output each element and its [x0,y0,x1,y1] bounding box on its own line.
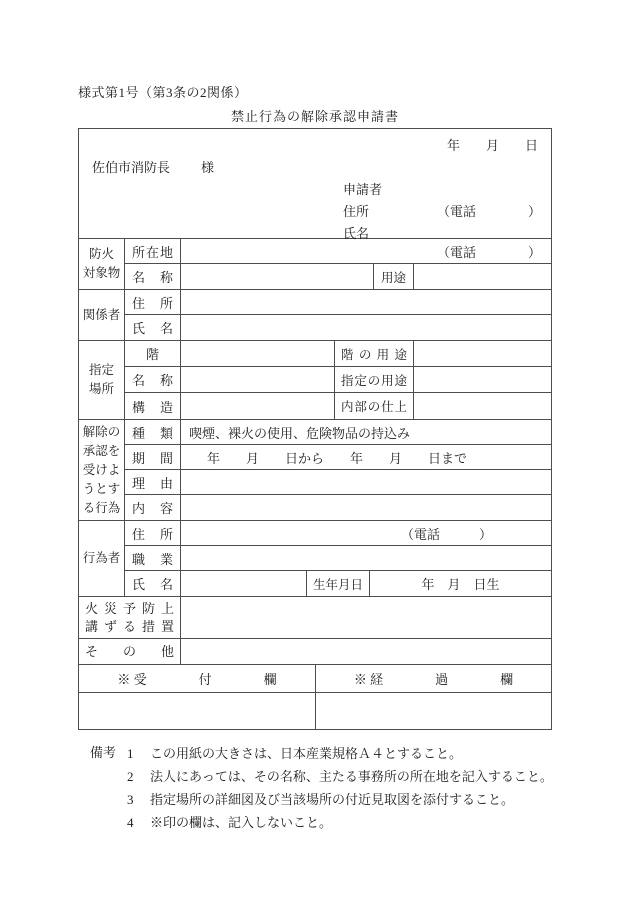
birth-date-value: 年 月 日生 [370,571,551,596]
act-type-value: 喫煙、裸火の使用、危険物品の持込み [181,420,551,444]
designated-place-group-label: 指定 場所 [79,341,125,419]
fire-prevention-label: 火災予防上 講ずる措置 [79,597,181,638]
remark-item: 3 指定場所の詳細図及び当該場所の付近見取図を添付すること。 [127,788,553,811]
reason-label: 理由 [125,470,181,494]
row-related-person-address: 住所 [125,290,551,315]
section-release-act: 解除の 承認を 受けよ うとす る行為 種類 喫煙、裸火の使用、危険物品の持込み… [79,420,551,521]
designated-use-value [414,367,551,392]
group-label-line: る行為 [83,499,121,518]
application-form-table: 年 月 日 佐伯市消防長様 申請者 住所 （電話 ） 氏名 防火 対象物 所在地… [78,128,552,730]
row-structure: 構造 内部の仕上 [125,393,551,419]
other-value [181,639,551,664]
remark-item: 2 法人にあっては、その名称、主たる事務所の所在地を記入すること。 [127,765,553,788]
reception-stamp-box [79,693,316,729]
group-label-line: 行為者 [83,549,121,568]
interior-finish-label: 内部の仕上 [335,393,414,419]
type-label: 種類 [125,420,181,444]
row-actor-name: 氏名 生年月日 年 月 日生 [125,571,551,596]
addressee: 佐伯市消防長 [92,160,170,175]
addressee-line: 佐伯市消防長様 [92,157,214,176]
act-reason-value [181,470,551,494]
progress-stamp-box [316,693,551,729]
name-label: 名称 [125,367,181,392]
group-label-line: 関係者 [83,306,121,325]
actor-occupation-value [181,546,551,570]
row-actor-occupation: 職業 [125,546,551,571]
date-line: 年 月 日 [447,135,538,154]
actor-group-label: 行為者 [79,521,125,596]
remark-item: 4 ※印の欄は、記入しないこと。 [127,811,553,834]
fire-object-group-label: 防火 対象物 [79,239,125,289]
row-place-name: 名称 指定の用途 [125,367,551,393]
section-related-person: 関係者 住所 氏名 [79,290,551,341]
floor-use-label: 階の用途 [335,341,414,366]
remark-text: ※印の欄は、記入しないこと。 [150,811,332,834]
row-actor-address: 住所 （電話 ） [125,521,551,546]
fire-prevention-value [181,597,551,638]
group-label-line: 防火 [89,245,114,264]
birth-date-label: 生年月日 [307,571,370,596]
remarks-label: 備考 [90,742,127,834]
related-person-rows: 住所 氏名 [125,290,551,340]
row-act-content: 内容 [125,495,551,520]
fire-object-name-value [181,264,374,289]
form-title: 禁止行為の解除承認申請書 [78,106,552,125]
name-label: 氏名 [125,571,181,596]
row-act-type: 種類 喫煙、裸火の使用、危険物品の持込み [125,420,551,445]
use-label: 用途 [374,264,414,289]
content-label: 内容 [125,495,181,520]
name-label: 名称 [125,264,181,289]
row-fire-object-location: 所在地 （電話 ） [125,239,551,264]
floor-value [181,341,335,366]
remark-number: 1 [127,742,150,765]
other-label: その他 [79,639,181,664]
section-actor: 行為者 住所 （電話 ） 職業 氏名 生年月日 年 月 日生 [79,521,551,597]
section-other: その他 [79,639,551,665]
document-page: 様式第1号（第3条の2関係） 禁止行為の解除承認申請書 年 月 日 佐伯市消防長… [0,0,630,903]
remark-text: 指定場所の詳細図及び当該場所の付近見取図を添付すること。 [150,788,514,811]
row-floor: 階 階の用途 [125,341,551,367]
floor-label: 階 [125,341,181,366]
group-label-line: 場所 [89,380,114,399]
group-label-line: 承認を [83,442,121,461]
floor-use-value [414,341,551,366]
group-label-line: 解除の [83,423,121,442]
place-name-value [181,367,335,392]
group-label-line: 受けよ [83,461,121,480]
designated-place-rows: 階 階の用途 名称 指定の用途 構造 内部の仕上 [125,341,551,419]
phone-label: （電話 ） [401,524,492,543]
section-stamp-header: ※ 受 付 欄 ※ 経 過 欄 [79,665,551,693]
progress-column-header: ※ 経 過 欄 [316,665,551,692]
section-stamp-boxes [79,693,551,729]
applicant-label: 申請者 [343,179,382,198]
address-label: 住所 [125,290,181,314]
remark-number: 4 [127,811,150,834]
section-designated-place: 指定 場所 階 階の用途 名称 指定の用途 構造 [79,341,551,420]
actor-name-value [181,571,307,596]
related-person-address-value [181,290,551,314]
group-label-line: 対象物 [83,264,121,283]
honorific: 様 [201,160,214,175]
interior-finish-value [414,393,551,419]
letterhead: 年 月 日 佐伯市消防長様 申請者 住所 （電話 ） 氏名 [79,129,551,239]
row-related-person-name: 氏名 [125,315,551,340]
label-line: 火災予防上 [85,600,174,618]
label-line: その他 [85,643,174,661]
label-line: 講ずる措置 [85,618,174,636]
remarks-items: 1 この用紙の大きさは、日本産業規格Ａ４とすること。 2 法人にあっては、その名… [127,742,553,834]
row-act-reason: 理由 [125,470,551,495]
row-act-period: 期間 年 月 日から 年 月 日まで [125,445,551,470]
remark-number: 2 [127,765,150,788]
act-content-value [181,495,551,520]
actor-address-value: （電話 ） [181,521,551,545]
fire-object-use-value [414,264,551,289]
release-act-group-label: 解除の 承認を 受けよ うとす る行為 [79,420,125,520]
group-label-line: 指定 [89,361,114,380]
phone-label: （電話 ） [437,242,551,261]
row-fire-object-name: 名称 用途 [125,264,551,289]
actor-rows: 住所 （電話 ） 職業 氏名 生年月日 年 月 日生 [125,521,551,596]
fire-object-rows: 所在地 （電話 ） 名称 用途 [125,239,551,289]
remark-text: この用紙の大きさは、日本産業規格Ａ４とすること。 [150,742,462,765]
related-person-name-value [181,315,551,340]
address-label: 住所 [125,521,181,545]
remark-text: 法人にあっては、その名称、主たる事務所の所在地を記入すること。 [150,765,553,788]
form-code: 様式第1号（第3条の2関係） [78,82,248,101]
location-label: 所在地 [125,239,181,263]
occupation-label: 職業 [125,546,181,570]
structure-label: 構造 [125,393,181,419]
act-period-value: 年 月 日から 年 月 日まで [181,445,551,469]
remark-item: 1 この用紙の大きさは、日本産業規格Ａ４とすること。 [127,742,553,765]
fire-object-location-value: （電話 ） [181,239,551,263]
period-label: 期間 [125,445,181,469]
name-label: 氏名 [125,315,181,340]
reception-column-header: ※ 受 付 欄 [79,665,316,692]
related-person-group-label: 関係者 [79,290,125,340]
designated-use-label: 指定の用途 [335,367,414,392]
section-fire-prevention: 火災予防上 講ずる措置 [79,597,551,639]
remark-number: 3 [127,788,150,811]
release-act-rows: 種類 喫煙、裸火の使用、危険物品の持込み 期間 年 月 日から 年 月 日まで … [125,420,551,520]
applicant-address-label: 住所 [343,201,369,220]
section-fire-object: 防火 対象物 所在地 （電話 ） 名称 用途 [79,239,551,290]
applicant-phone-label: （電話 ） [437,201,541,220]
group-label-line: うとす [83,480,121,499]
remarks: 備考 1 この用紙の大きさは、日本産業規格Ａ４とすること。 2 法人にあっては、… [90,742,553,834]
structure-value [181,393,335,419]
